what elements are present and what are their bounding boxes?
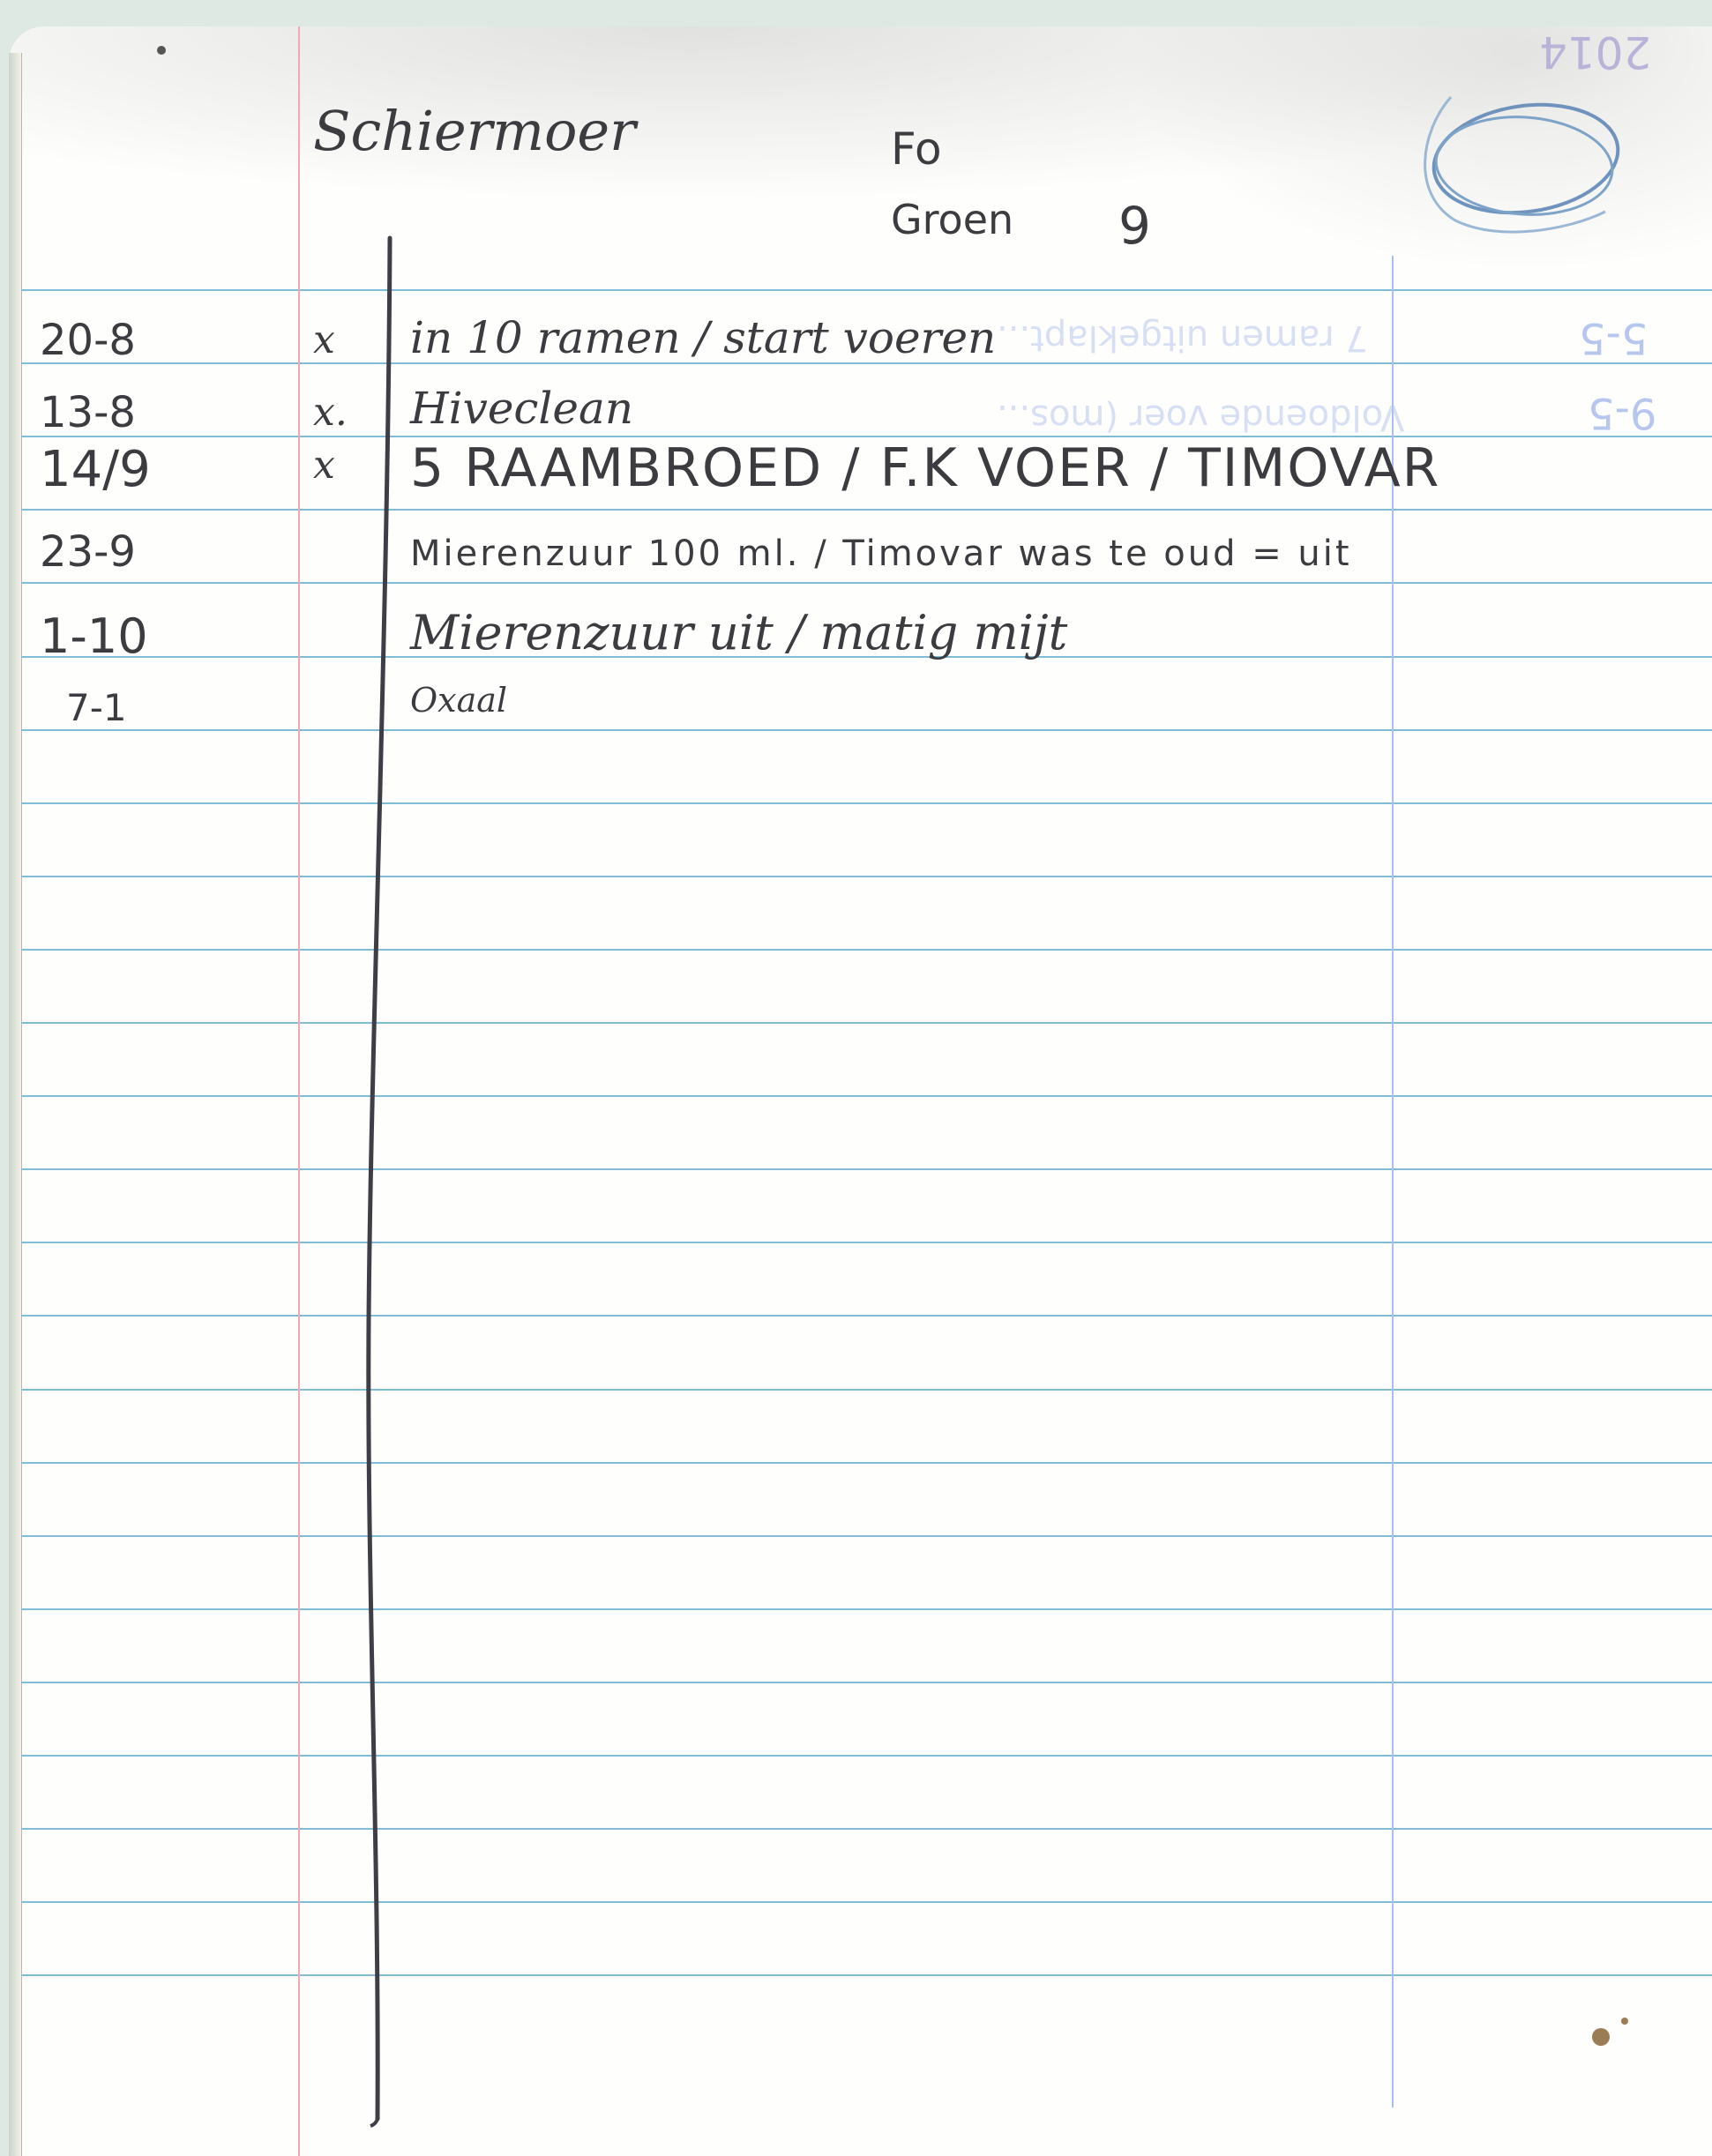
- entry-note: Hiveclean: [410, 383, 633, 434]
- showthrough-note: Voldoende voer (mos...: [997, 397, 1404, 437]
- entry-mark: x: [313, 317, 335, 362]
- entry-note: Oxaal: [410, 681, 507, 720]
- entry-note: Mierenzuur 100 ml. / Timovar was te oud …: [410, 533, 1352, 574]
- showthrough-note: 7 ramen uitgeklapt...: [997, 317, 1368, 358]
- showthrough-date: 5-5: [1579, 313, 1648, 362]
- entry-date: 20-8: [40, 316, 136, 365]
- entry-mark: x: [313, 443, 335, 488]
- paper-speck: [157, 46, 166, 55]
- entry-date: 13-8: [40, 388, 136, 437]
- paper-stain: [1621, 2018, 1628, 2025]
- entry-note: 5 RAAMBROED / F.K VOER / TIMOVAR: [410, 437, 1440, 499]
- entry-mark: x.: [313, 390, 348, 435]
- entry-date: 14/9: [40, 441, 151, 498]
- paper-stain: [1592, 2028, 1610, 2046]
- entry-date: 1-10: [40, 608, 148, 664]
- hive-label-number: 9: [1118, 196, 1151, 256]
- showthrough-date: 9-5: [1588, 388, 1656, 437]
- hive-label-color: Groen: [891, 196, 1013, 243]
- hive-label-line1: Fo: [891, 123, 942, 175]
- circle-doodle-icon: [1402, 62, 1632, 247]
- entry-note: in 10 ramen / start voeren: [410, 312, 996, 363]
- entry-note: Mierenzuur uit / matig mijt: [410, 605, 1067, 660]
- entry-date: 7-1: [66, 686, 127, 729]
- entry-date: 23-9: [40, 527, 136, 577]
- page-title: Schiermoer: [313, 99, 636, 163]
